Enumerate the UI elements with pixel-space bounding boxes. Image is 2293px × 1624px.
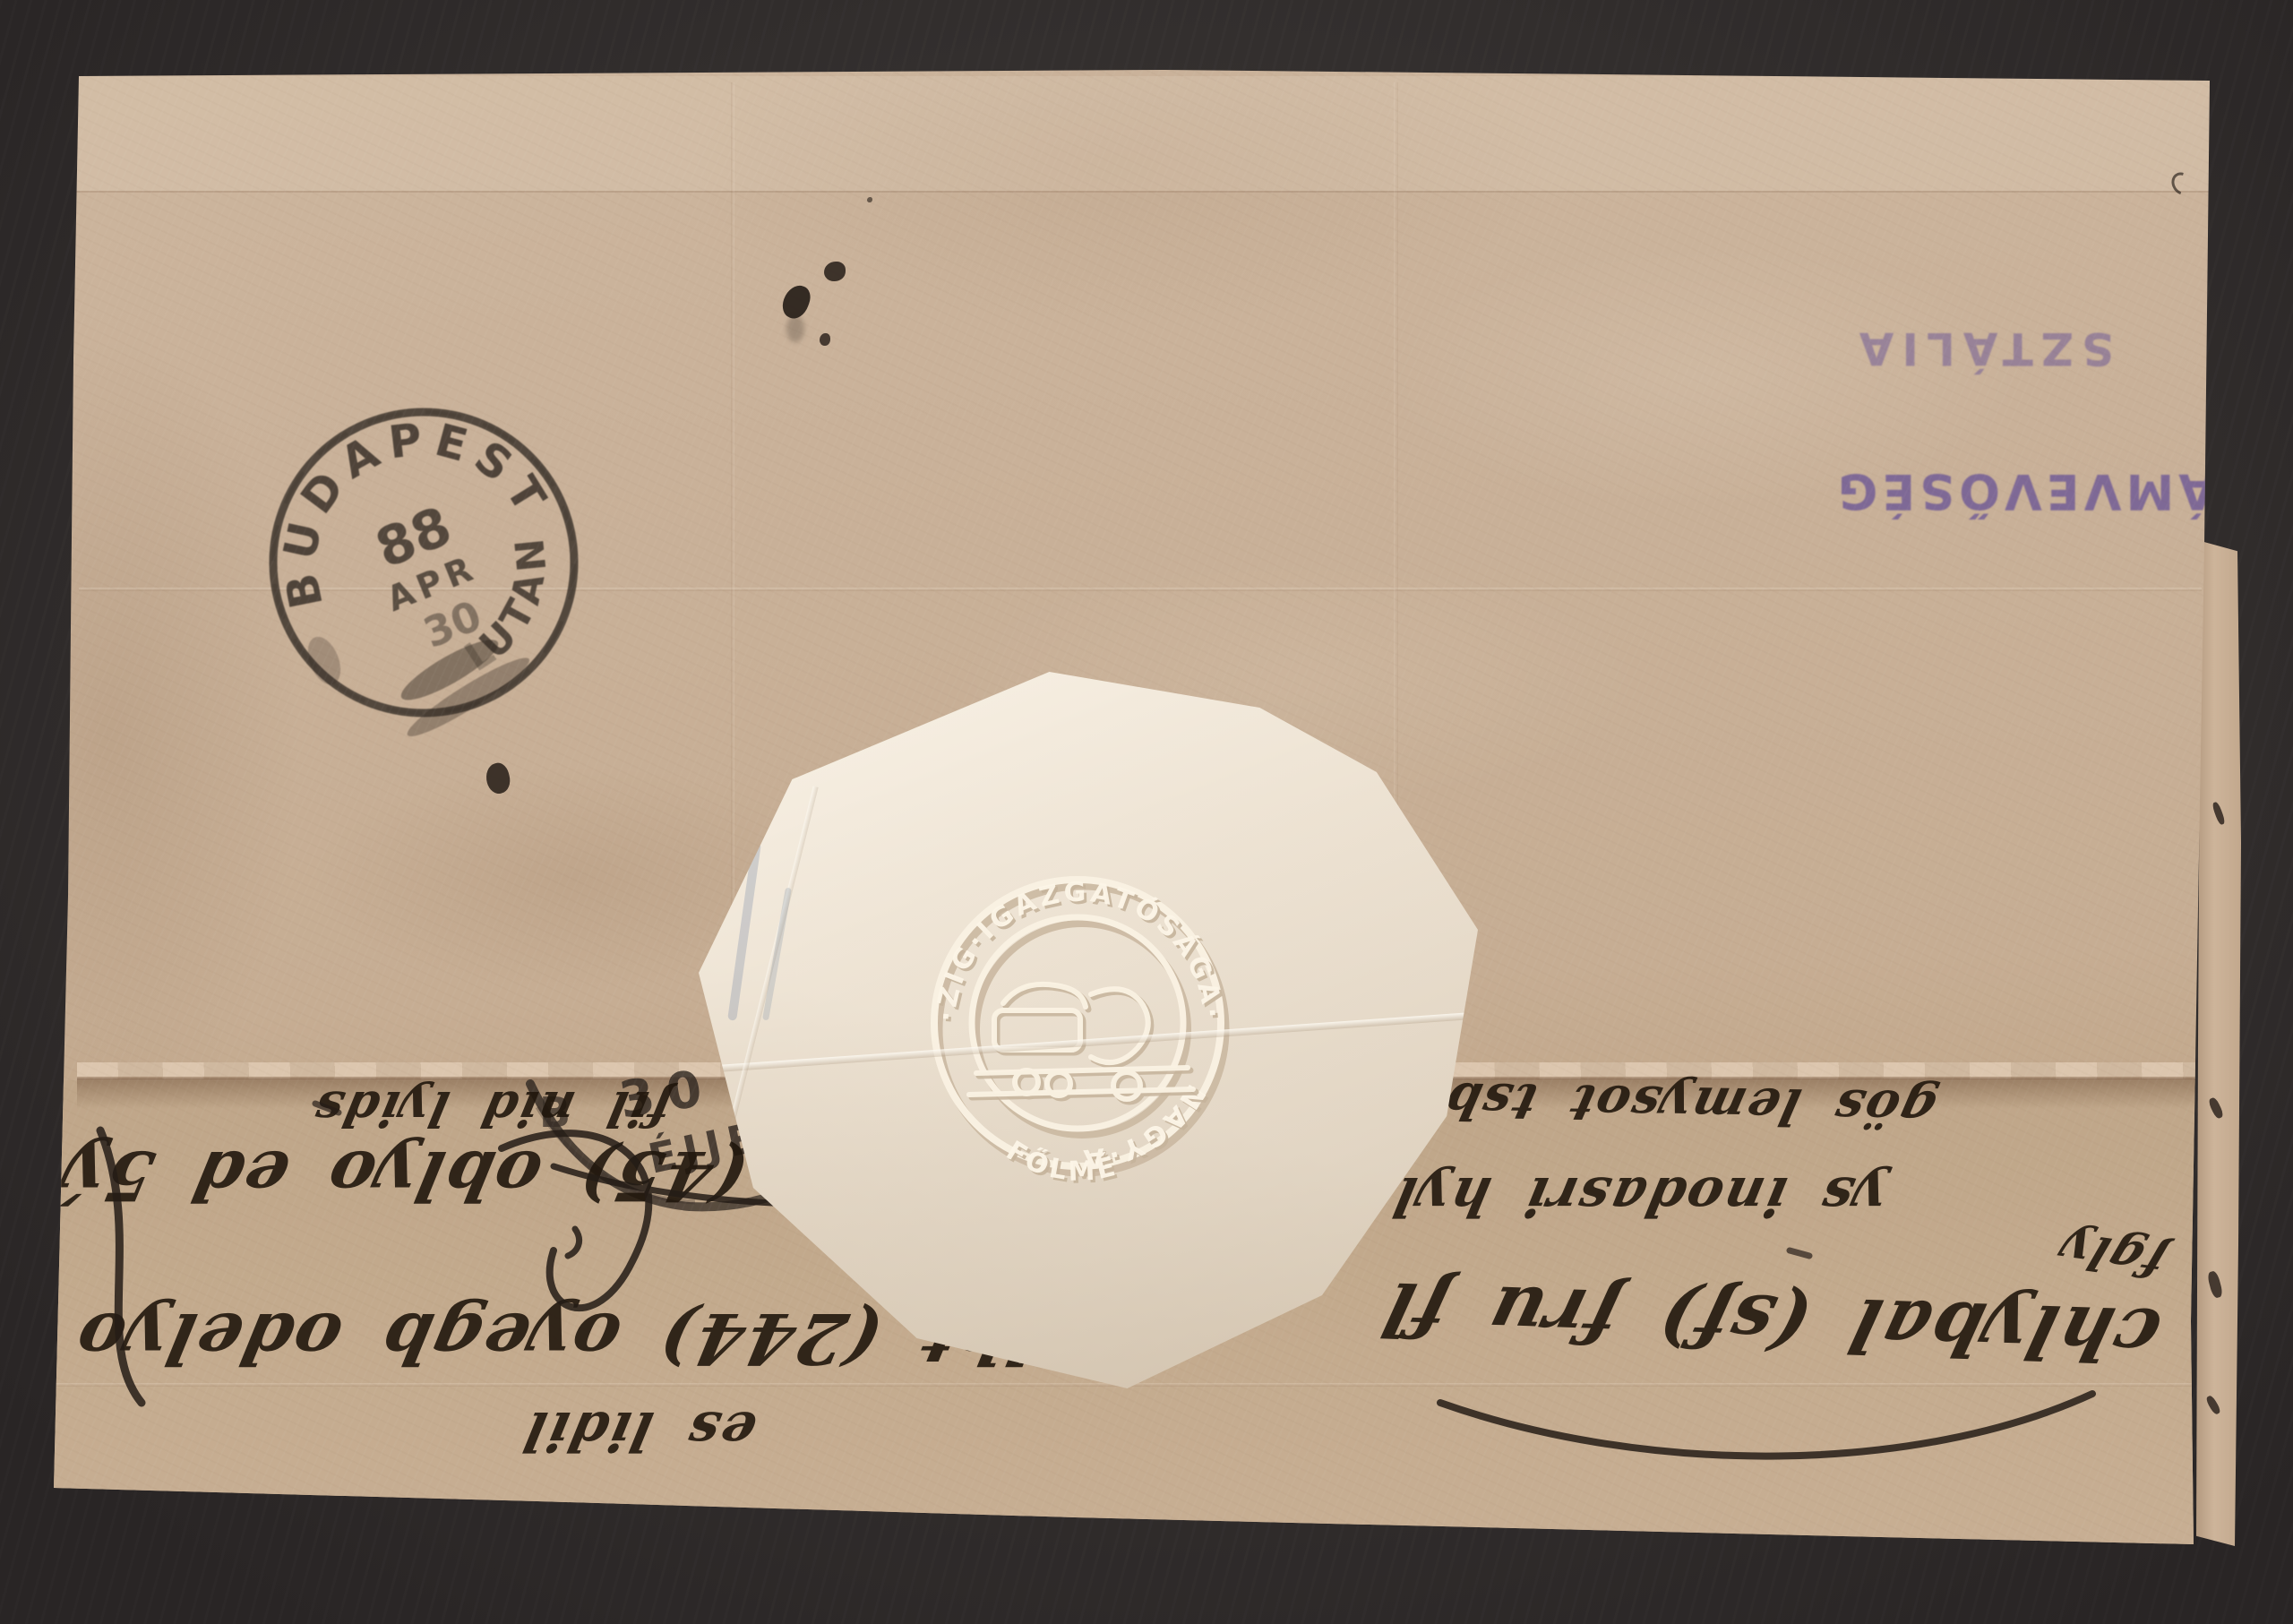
ink-speck xyxy=(820,333,830,346)
inner-page-sliver xyxy=(2196,541,2241,1546)
ink-speck xyxy=(2205,1395,2222,1416)
ink-speck xyxy=(2206,1270,2223,1299)
ink-speck xyxy=(824,262,846,281)
photo-scene: BUDAPEST 88 APR 30 L UTAN xyxy=(0,0,2293,1624)
ink-speck xyxy=(2207,1096,2224,1120)
ink-speck xyxy=(867,197,872,202)
ink-blot-shadow xyxy=(786,315,804,342)
ink-speck xyxy=(2211,801,2226,825)
